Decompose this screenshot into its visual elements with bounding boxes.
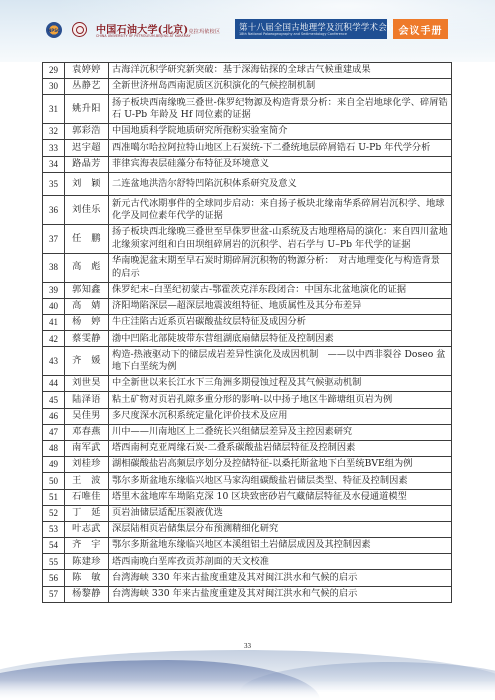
handbook-label: 会议手册 xyxy=(393,19,448,39)
row-number: 53 xyxy=(43,521,65,537)
row-number: 57 xyxy=(43,586,65,602)
row-number: 47 xyxy=(43,424,65,440)
presenter-name: 陆泽语 xyxy=(65,392,109,408)
table-row: 38高 彪华南晚泥盆末期至早石炭时期碎屑沉积物的物源分析： 对古地理变化与构造背… xyxy=(43,253,452,282)
table-row: 51石唯佳塔里木盆地库车坳陷克深 10 区块致密砂岩气藏储层特征及水侵通道模型 xyxy=(43,489,452,505)
row-number: 44 xyxy=(43,376,65,392)
presenter-name: 姚升阳 xyxy=(65,95,109,124)
seal-ring-icon xyxy=(76,26,84,34)
row-number: 38 xyxy=(43,253,65,282)
presentation-title: 构造-热液驱动下的储层成岩差异性演化及成因机制 ——以中西非裂谷 Doseo 盆… xyxy=(109,347,452,376)
presenter-name: 邓春燕 xyxy=(65,424,109,440)
page-number: 33 xyxy=(0,642,495,650)
presentation-title: 二连盆地洪浩尔舒特凹陷沉积体系研究及意义 xyxy=(109,172,452,196)
table-row: 31姚升阳扬子板块西南缘晚三叠世-侏罗纪物源及构造背景分析：来自全岩地球化学、碎… xyxy=(43,95,452,124)
conference-title-en: 18th National Palaeogeography and Sedime… xyxy=(239,32,347,36)
presentation-title: 扬子板块西北缘晚三叠世至早侏罗世盆-山系统及古地理格局的演化：来自四川盆地北缘须… xyxy=(109,225,452,254)
table-row: 50王 波鄂尔多斯盆地东缘临兴地区马家沟组碳酸盐岩储层类型、特征及控制因素 xyxy=(43,473,452,489)
presenter-name: 王 波 xyxy=(65,473,109,489)
table-row: 29袁婷婷古海洋沉积学研究新突破：基于深海钻探的全球古气候重建成果 xyxy=(43,63,452,79)
presenter-name: 高 婧 xyxy=(65,298,109,314)
presentation-title: 湖相碳酸盐岩高频层序划分及控储特征-以桑托斯盆地下白垩统BVE组为例 xyxy=(109,457,452,473)
presentation-title: 牛庄洼陷古近系页岩碳酸盐纹层特征及成因分析 xyxy=(109,315,452,331)
presentation-title: 中全新世以来长江水下三角洲多期侵蚀过程及其气候驱动机制 xyxy=(109,376,452,392)
poster-list-table: 29袁婷婷古海洋沉积学研究新突破：基于深海钻探的全球古气候重建成果30丛静艺全新… xyxy=(42,62,452,603)
presentation-title: 西准噶尔哈拉阿拉特山地区上石炭统-下二叠统地层碎屑锆石 U-Pb 年代学分析 xyxy=(109,140,452,156)
presentation-title: 深层陆相页岩储集层分布预测精细化研究 xyxy=(109,521,452,537)
table-row: 54齐 宇鄂尔多斯盆地东缘临兴地区本溪组铝土岩储层成因及其控制因素 xyxy=(43,538,452,554)
row-number: 49 xyxy=(43,457,65,473)
badge-text: NPSC xyxy=(48,28,60,33)
table-row: 44刘世昊中全新世以来长江水下三角洲多期侵蚀过程及其气候驱动机制 xyxy=(43,376,452,392)
presenter-name: 丁 延 xyxy=(65,505,109,521)
presenter-name: 陈建珍 xyxy=(65,554,109,570)
presenter-name: 任 鹏 xyxy=(65,225,109,254)
presenter-name: 郭知鑫 xyxy=(65,282,109,298)
presentation-title: 粘土矿物对页岩孔隙多重分形的影响-以中扬子地区牛蹄塘组页岩为例 xyxy=(109,392,452,408)
conference-logo-icon: NPSC xyxy=(46,22,62,38)
presenter-name: 刘 颖 xyxy=(65,172,109,196)
row-number: 37 xyxy=(43,225,65,254)
row-number: 35 xyxy=(43,172,65,196)
row-number: 50 xyxy=(43,473,65,489)
row-number: 41 xyxy=(43,315,65,331)
row-number: 43 xyxy=(43,347,65,376)
presenter-name: 叶志武 xyxy=(65,521,109,537)
table-row: 42蔡雯静渤中凹陷北部陡坡带东营组湖底扇储层特征及控制因素 xyxy=(43,331,452,347)
conference-banner: 第十八届全国古地理学及沉积学学术会议 18th National Palaeog… xyxy=(235,19,387,39)
presenter-name: 刘世昊 xyxy=(65,376,109,392)
presentation-table: 29袁婷婷古海洋沉积学研究新突破：基于深海钻探的全球古气候重建成果30丛静艺全新… xyxy=(42,62,452,603)
page-header: NPSC 中国石油大学(北京)克拉玛依校区 CHINA UNIVERSITY O… xyxy=(0,0,495,62)
row-number: 56 xyxy=(43,570,65,586)
table-row: 55陈建珍塔西南晚白垩库孜贡苏剖面的天文校准 xyxy=(43,554,452,570)
row-number: 29 xyxy=(43,63,65,79)
mountain-fade xyxy=(0,680,495,700)
presentation-title: 鄂尔多斯盆地东缘临兴地区马家沟组碳酸盐岩储层类型、特征及控制因素 xyxy=(109,473,452,489)
presentation-title: 塔西南柯克亚周缘石炭-二叠系碳酸盐岩储层特征及控制因素 xyxy=(109,440,452,456)
presentation-title: 川中——川南地区上二叠统长兴组储层差异及主控因素研究 xyxy=(109,424,452,440)
presenter-name: 路晶芳 xyxy=(65,156,109,172)
presentation-title: 济阳坳陷深层—超深层地震波组特征、地质属性及其分布差异 xyxy=(109,298,452,314)
row-number: 34 xyxy=(43,156,65,172)
presentation-title: 塔里木盆地库车坳陷克深 10 区块致密砂岩气藏储层特征及水侵通道模型 xyxy=(109,489,452,505)
presentation-title: 中国地质科学院地质研究所孢粉实验室简介 xyxy=(109,124,452,140)
presenter-name: 高 彪 xyxy=(65,253,109,282)
presentation-title: 扬子板块西南缘晚三叠世-侏罗纪物源及构造背景分析：来自全岩地球化学、碎屑锆石 U… xyxy=(109,95,452,124)
table-row: 43齐 媛构造-热液驱动下的储层成岩差异性演化及成因机制 ——以中西非裂谷 Do… xyxy=(43,347,452,376)
table-row: 40高 婧济阳坳陷深层—超深层地震波组特征、地质属性及其分布差异 xyxy=(43,298,452,314)
table-row: 37任 鹏扬子板块西北缘晚三叠世至早侏罗世盆-山系统及古地理格局的演化：来自四川… xyxy=(43,225,452,254)
row-number: 51 xyxy=(43,489,65,505)
row-number: 31 xyxy=(43,95,65,124)
table-row: 33迟宇超西准噶尔哈拉阿拉特山地区上石炭统-下二叠统地层碎屑锆石 U-Pb 年代… xyxy=(43,140,452,156)
presenter-name: 石唯佳 xyxy=(65,489,109,505)
university-campus: 克拉玛依校区 xyxy=(188,29,220,35)
presenter-name: 袁婷婷 xyxy=(65,63,109,79)
presentation-title: 台湾海峡 330 年来古盐度重建及其对闽江洪水和气候的启示 xyxy=(109,586,452,602)
table-row: 57杨黎静台湾海峡 330 年来古盐度重建及其对闽江洪水和气候的启示 xyxy=(43,586,452,602)
presenter-name: 杨 婷 xyxy=(65,315,109,331)
presentation-title: 鄂尔多斯盆地东缘临兴地区本溪组铝土岩储层成因及其控制因素 xyxy=(109,538,452,554)
presenter-name: 迟宇超 xyxy=(65,140,109,156)
presentation-title: 新元古代冰期事件的全球同步启动：来自扬子板块北缘南华系碎屑岩沉积学、地球化学及同… xyxy=(109,196,452,225)
table-row: 49刘桂珍湖相碳酸盐岩高频层序划分及控储特征-以桑托斯盆地下白垩统BVE组为例 xyxy=(43,457,452,473)
presentation-title: 华南晚泥盆末期至早石炭时期碎屑沉积物的物源分析： 对古地理变化与构造背景的启示 xyxy=(109,253,452,282)
presentation-title: 塔西南晚白垩库孜贡苏剖面的天文校准 xyxy=(109,554,452,570)
row-number: 36 xyxy=(43,196,65,225)
row-number: 55 xyxy=(43,554,65,570)
presenter-name: 刘佳乐 xyxy=(65,196,109,225)
row-number: 48 xyxy=(43,440,65,456)
table-row: 48南军武塔西南柯克亚周缘石炭-二叠系碳酸盐岩储层特征及控制因素 xyxy=(43,440,452,456)
presentation-title: 侏罗纪末–白垩纪初蒙古-鄂霍茨克洋东段闭合：中国东北盆地演化的证据 xyxy=(109,282,452,298)
table-row: 45陆泽语粘土矿物对页岩孔隙多重分形的影响-以中扬子地区牛蹄塘组页岩为例 xyxy=(43,392,452,408)
row-number: 52 xyxy=(43,505,65,521)
table-row: 53叶志武深层陆相页岩储集层分布预测精细化研究 xyxy=(43,521,452,537)
presentation-title: 渤中凹陷北部陡坡带东营组湖底扇储层特征及控制因素 xyxy=(109,331,452,347)
presentation-title: 菲律宾海表层硅藻分布特征及环境意义 xyxy=(109,156,452,172)
university-seal-icon xyxy=(72,22,87,37)
row-number: 33 xyxy=(43,140,65,156)
row-number: 45 xyxy=(43,392,65,408)
table-row: 35刘 颖二连盆地洪浩尔舒特凹陷沉积体系研究及意义 xyxy=(43,172,452,196)
presenter-name: 吴佳男 xyxy=(65,408,109,424)
table-row: 34路晶芳菲律宾海表层硅藻分布特征及环境意义 xyxy=(43,156,452,172)
table-row: 39郭知鑫侏罗纪末–白垩纪初蒙古-鄂霍茨克洋东段闭合：中国东北盆地演化的证据 xyxy=(43,282,452,298)
table-row: 46吴佳男多尺度深水沉积系统定量化评价技术及应用 xyxy=(43,408,452,424)
table-row: 47邓春燕川中——川南地区上二叠统长兴组储层差异及主控因素研究 xyxy=(43,424,452,440)
presenter-name: 丛静艺 xyxy=(65,79,109,95)
table-row: 36刘佳乐新元古代冰期事件的全球同步启动：来自扬子板块北缘南华系碎屑岩沉积学、地… xyxy=(43,196,452,225)
row-number: 40 xyxy=(43,298,65,314)
presentation-title: 多尺度深水沉积系统定量化评价技术及应用 xyxy=(109,408,452,424)
presentation-title: 全新世济州岛西南泥质区沉积演化的气候控制机制 xyxy=(109,79,452,95)
row-number: 32 xyxy=(43,124,65,140)
presenter-name: 蔡雯静 xyxy=(65,331,109,347)
table-row: 30丛静艺全新世济州岛西南泥质区沉积演化的气候控制机制 xyxy=(43,79,452,95)
presentation-title: 页岩油储层适配压裂液优选 xyxy=(109,505,452,521)
presenter-name: 南军武 xyxy=(65,440,109,456)
presentation-title: 古海洋沉积学研究新突破：基于深海钻探的全球古气候重建成果 xyxy=(109,63,452,79)
presentation-title: 台湾海峡 330 年来古盐度重建及其对闽江洪水和气候的启示 xyxy=(109,570,452,586)
table-row: 56陈 敏台湾海峡 330 年来古盐度重建及其对闽江洪水和气候的启示 xyxy=(43,570,452,586)
university-name-en: CHINA UNIVERSITY OF PETROLEUM-BEIJING AT… xyxy=(96,34,191,38)
row-number: 42 xyxy=(43,331,65,347)
presenter-name: 齐 宇 xyxy=(65,538,109,554)
row-number: 39 xyxy=(43,282,65,298)
presenter-name: 郭彩浩 xyxy=(65,124,109,140)
presenter-name: 陈 敏 xyxy=(65,570,109,586)
table-row: 41杨 婷 牛庄洼陷古近系页岩碳酸盐纹层特征及成因分析 xyxy=(43,315,452,331)
table-row: 32郭彩浩中国地质科学院地质研究所孢粉实验室简介 xyxy=(43,124,452,140)
table-row: 52丁 延页岩油储层适配压裂液优选 xyxy=(43,505,452,521)
presenter-name: 刘桂珍 xyxy=(65,457,109,473)
row-number: 30 xyxy=(43,79,65,95)
presenter-name: 齐 媛 xyxy=(65,347,109,376)
presenter-name: 杨黎静 xyxy=(65,586,109,602)
row-number: 54 xyxy=(43,538,65,554)
row-number: 46 xyxy=(43,408,65,424)
